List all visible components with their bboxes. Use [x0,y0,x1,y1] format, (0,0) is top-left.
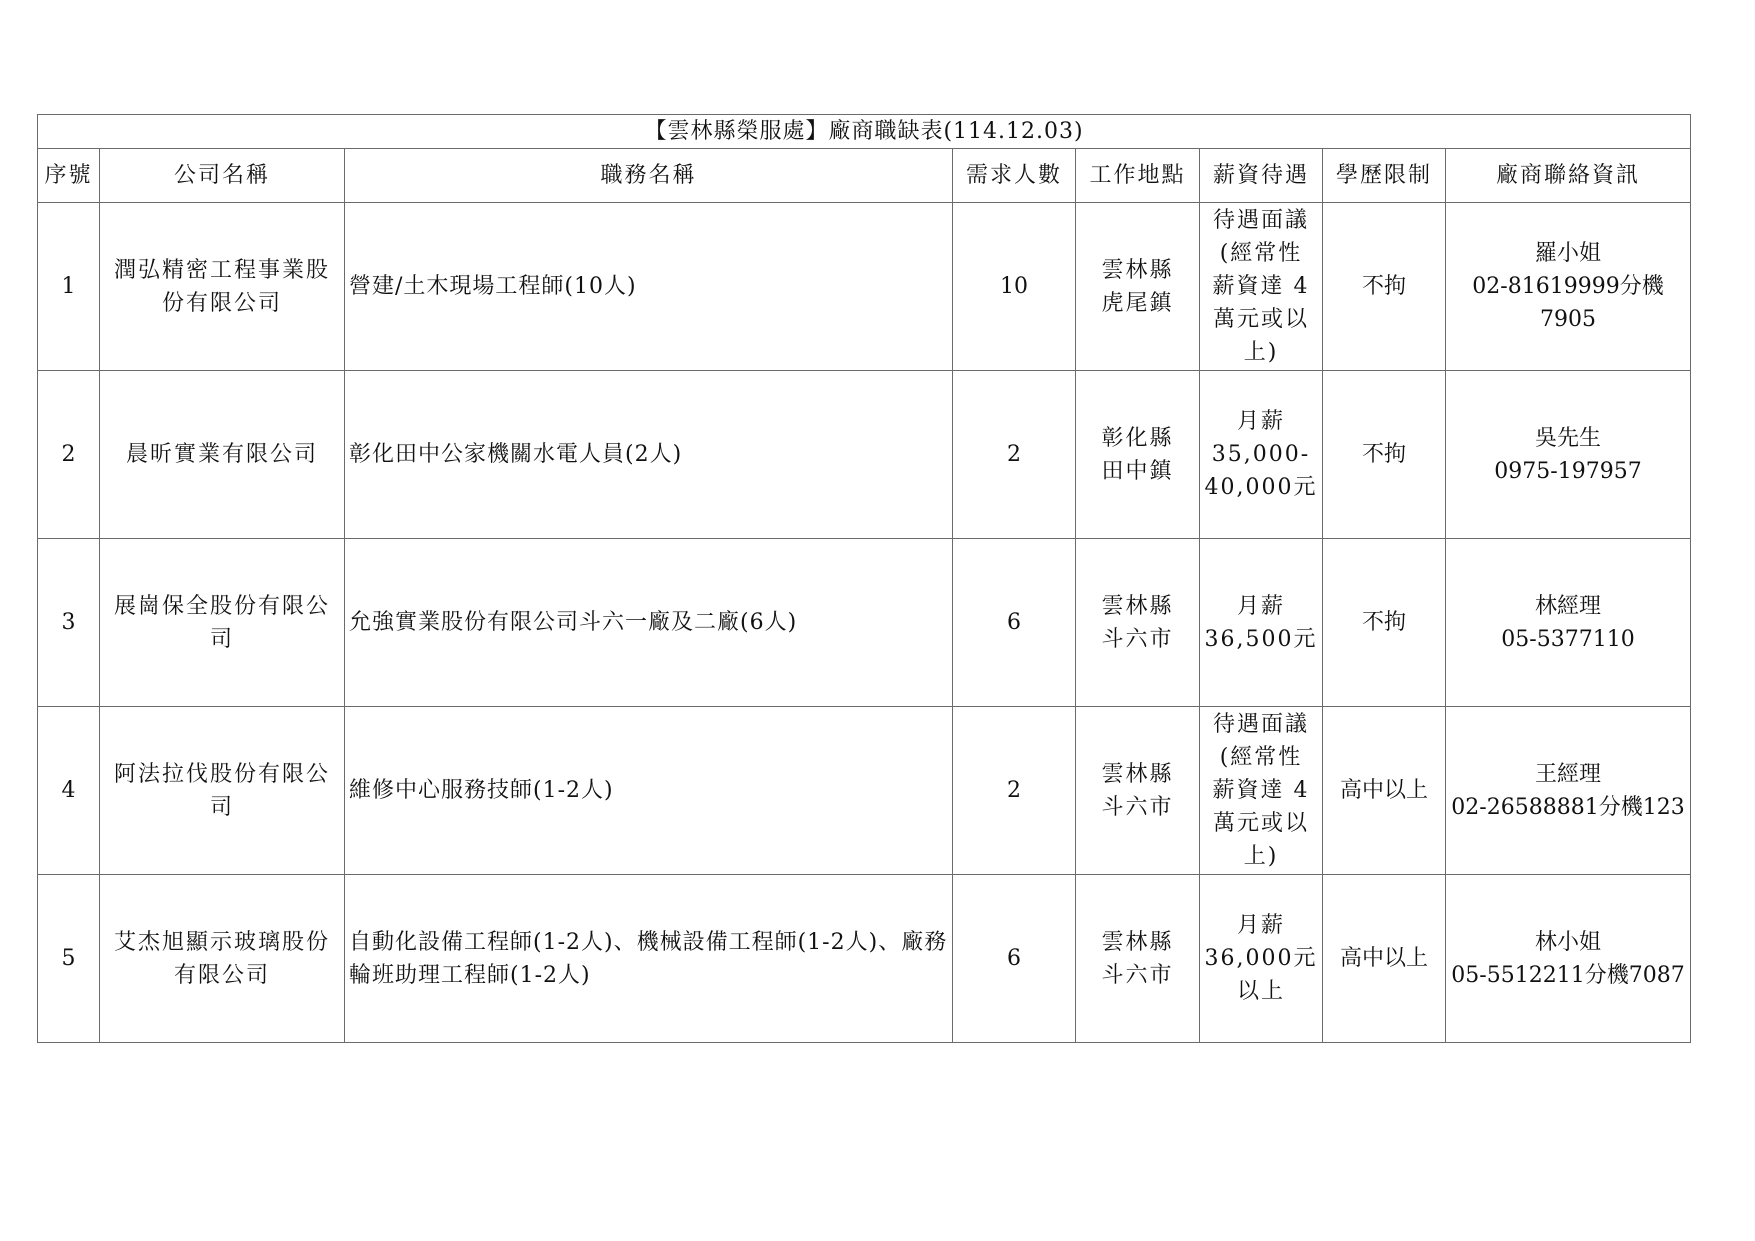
salary-line: (經常性 [1204,741,1318,774]
contact-phone: 05-5377110 [1450,623,1686,656]
table-row: 1 潤弘精密工程事業股份有限公司 營建/土木現場工程師(10人) 10 雲林縣 … [38,203,1691,371]
title-row: 【雲林縣榮服處】廠商職缺表(114.12.03) [38,115,1691,149]
header-location: 工作地點 [1076,149,1200,203]
table-row: 4 阿法拉伐股份有限公司 維修中心服務技師(1-2人) 2 雲林縣 斗六市 待遇… [38,707,1691,875]
contact-phone: 02-81619999分機 [1450,270,1686,303]
cell-job: 營建/土木現場工程師(10人) [345,203,953,371]
cell-contact: 林經理 05-5377110 [1446,539,1691,707]
salary-line: 待遇面議 [1204,708,1318,741]
cell-contact: 吳先生 0975-197957 [1446,371,1691,539]
header-company: 公司名稱 [100,149,345,203]
header-job: 職務名稱 [345,149,953,203]
salary-line: 薪資達 4 [1204,270,1318,303]
cell-education: 不拘 [1323,203,1446,371]
contact-person: 羅小姐 [1450,237,1686,270]
salary-line: 40,000元 [1204,471,1318,504]
header-salary: 薪資待遇 [1200,149,1323,203]
salary-line: 以上 [1204,975,1318,1008]
cell-company: 晨昕實業有限公司 [100,371,345,539]
cell-no: 2 [38,371,100,539]
salary-line: 上) [1204,336,1318,369]
contact-person: 林經理 [1450,590,1686,623]
cell-company: 潤弘精密工程事業股份有限公司 [100,203,345,371]
cell-location: 雲林縣 斗六市 [1076,875,1200,1043]
salary-line: 上) [1204,840,1318,873]
contact-extension: 7905 [1450,303,1686,336]
cell-job: 自動化設備工程師(1-2人)、機械設備工程師(1-2人)、廠務輪班助理工程師(1… [345,875,953,1043]
table-row: 3 展崗保全股份有限公司 允強實業股份有限公司斗六一廠及二廠(6人) 6 雲林縣… [38,539,1691,707]
location-line: 虎尾鎮 [1080,287,1195,320]
cell-salary: 月薪 36,000元 以上 [1200,875,1323,1043]
salary-line: 薪資達 4 [1204,774,1318,807]
cell-education: 高中以上 [1323,707,1446,875]
cell-job: 維修中心服務技師(1-2人) [345,707,953,875]
salary-line: 待遇面議 [1204,204,1318,237]
table-row: 5 艾杰旭顯示玻璃股份有限公司 自動化設備工程師(1-2人)、機械設備工程師(1… [38,875,1691,1043]
cell-salary: 月薪 35,000- 40,000元 [1200,371,1323,539]
header-count: 需求人數 [953,149,1076,203]
cell-job: 允強實業股份有限公司斗六一廠及二廠(6人) [345,539,953,707]
cell-count: 2 [953,371,1076,539]
location-line: 斗六市 [1080,959,1195,992]
salary-line: 月薪 [1204,590,1318,623]
location-line: 雲林縣 [1080,758,1195,791]
contact-person: 王經理 [1450,758,1686,791]
cell-count: 2 [953,707,1076,875]
location-line: 雲林縣 [1080,254,1195,287]
header-contact: 廠商聯絡資訊 [1446,149,1691,203]
header-education: 學歷限制 [1323,149,1446,203]
cell-no: 5 [38,875,100,1043]
cell-count: 6 [953,875,1076,1043]
cell-company: 艾杰旭顯示玻璃股份有限公司 [100,875,345,1043]
cell-no: 1 [38,203,100,371]
table-row: 2 晨昕實業有限公司 彰化田中公家機關水電人員(2人) 2 彰化縣 田中鎮 月薪… [38,371,1691,539]
location-line: 雲林縣 [1080,926,1195,959]
cell-contact: 林小姐 05-5512211分機7087 [1446,875,1691,1043]
cell-education: 不拘 [1323,539,1446,707]
cell-contact: 羅小姐 02-81619999分機 7905 [1446,203,1691,371]
cell-count: 10 [953,203,1076,371]
cell-count: 6 [953,539,1076,707]
salary-line: 月薪 [1204,909,1318,942]
location-line: 雲林縣 [1080,590,1195,623]
salary-line: 萬元或以 [1204,807,1318,840]
salary-line: (經常性 [1204,237,1318,270]
salary-line: 月薪 [1204,405,1318,438]
salary-line: 35,000- [1204,438,1318,471]
cell-salary: 待遇面議 (經常性 薪資達 4 萬元或以 上) [1200,203,1323,371]
header-no: 序號 [38,149,100,203]
contact-phone: 02-26588881分機123 [1450,791,1686,824]
contact-person: 吳先生 [1450,422,1686,455]
contact-phone: 0975-197957 [1450,455,1686,488]
location-line: 彰化縣 [1080,422,1195,455]
salary-line: 萬元或以 [1204,303,1318,336]
cell-contact: 王經理 02-26588881分機123 [1446,707,1691,875]
cell-company: 阿法拉伐股份有限公司 [100,707,345,875]
document-title: 【雲林縣榮服處】廠商職缺表(114.12.03) [38,115,1691,149]
header-row: 序號 公司名稱 職務名稱 需求人數 工作地點 薪資待遇 學歷限制 廠商聯絡資訊 [38,149,1691,203]
cell-education: 高中以上 [1323,875,1446,1043]
cell-job: 彰化田中公家機關水電人員(2人) [345,371,953,539]
cell-salary: 月薪 36,500元 [1200,539,1323,707]
cell-salary: 待遇面議 (經常性 薪資達 4 萬元或以 上) [1200,707,1323,875]
contact-phone: 05-5512211分機7087 [1450,959,1686,992]
vacancy-table: 【雲林縣榮服處】廠商職缺表(114.12.03) 序號 公司名稱 職務名稱 需求… [37,114,1691,1043]
contact-person: 林小姐 [1450,926,1686,959]
cell-no: 3 [38,539,100,707]
cell-location: 彰化縣 田中鎮 [1076,371,1200,539]
cell-location: 雲林縣 斗六市 [1076,707,1200,875]
location-line: 斗六市 [1080,791,1195,824]
salary-line: 36,000元 [1204,942,1318,975]
location-line: 田中鎮 [1080,455,1195,488]
salary-line: 36,500元 [1204,623,1318,656]
cell-no: 4 [38,707,100,875]
cell-location: 雲林縣 斗六市 [1076,539,1200,707]
vacancy-sheet: 【雲林縣榮服處】廠商職缺表(114.12.03) 序號 公司名稱 職務名稱 需求… [37,114,1690,1043]
cell-education: 不拘 [1323,371,1446,539]
cell-company: 展崗保全股份有限公司 [100,539,345,707]
cell-location: 雲林縣 虎尾鎮 [1076,203,1200,371]
location-line: 斗六市 [1080,623,1195,656]
